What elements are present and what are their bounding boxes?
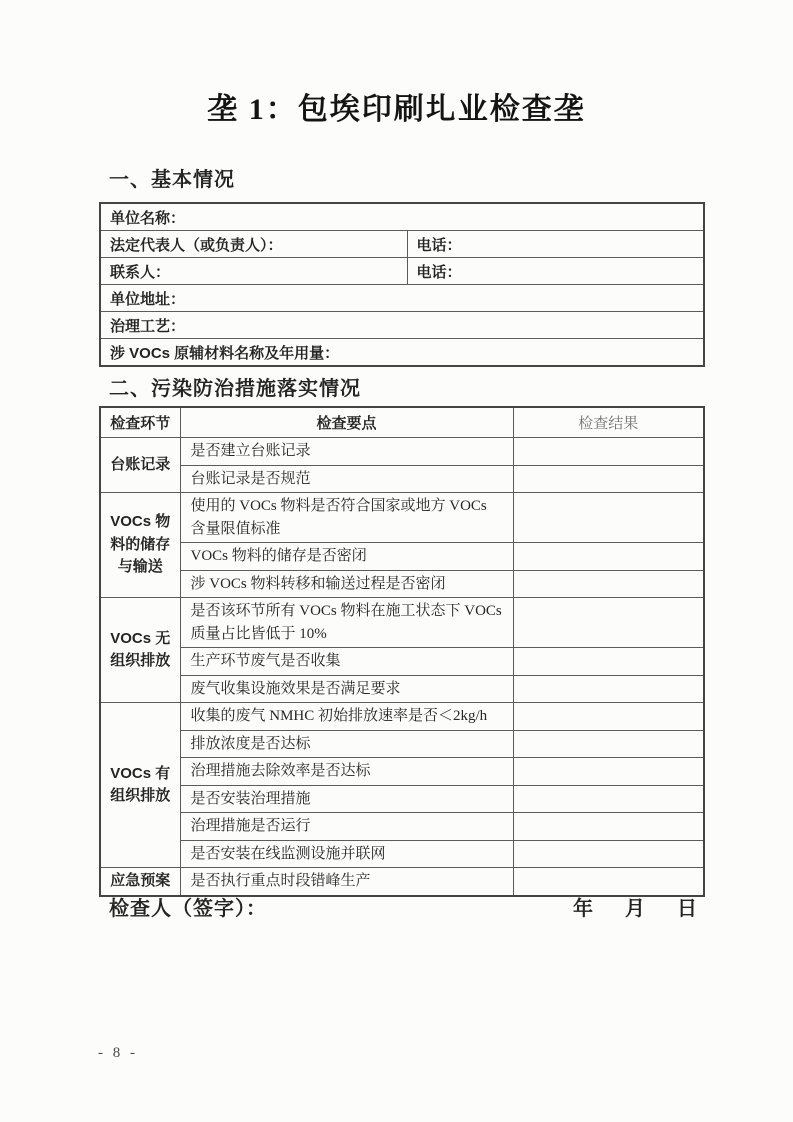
inspection-table: 检查环节 检查要点 检查结果 台账记录 是否建立台账记录 台账记录是否规范 VO… [99,406,705,897]
table-row: 涉 VOCs 原辅材料名称及年用量： [100,339,704,367]
field-label-treatment-process: 治理工艺： [100,312,704,339]
result-cell [513,730,704,758]
category-cell-fugitive-emission: VOCs 无组织排放 [100,598,180,703]
col-header-check-result: 检查结果 [513,407,704,438]
table-row: 台账记录是否规范 [100,465,704,493]
table-row: 排放浓度是否达标 [100,730,704,758]
result-cell [513,675,704,703]
table-row: 是否安装在线监测设施并联网 [100,840,704,868]
item-cell: 是否该环节所有 VOCs 物料在施工状态下 VOCs 质量占比皆低于 10% [180,598,513,648]
item-cell: 治理措施去除效率是否达标 [180,758,513,786]
table-row: VOCs 物料的储存是否密闭 [100,543,704,571]
date-fields: 年 月 日 [573,892,698,921]
section-heading-measures: 二、污染防治措施落实情况 [109,372,361,401]
item-cell: 台账记录是否规范 [180,465,513,493]
result-cell [513,598,704,648]
table-row: 废气收集设施效果是否满足要求 [100,675,704,703]
result-cell [513,758,704,786]
table-row: 治理工艺： [100,312,704,339]
inspector-signature-label: 检查人（签字）： [109,892,267,921]
table-row: 治理措施去除效率是否达标 [100,758,704,786]
table-row: 是否安装治理措施 [100,785,704,813]
table-row: VOCs 无组织排放 是否该环节所有 VOCs 物料在施工状态下 VOCs 质量… [100,598,704,648]
signature-row: 检查人（签字）： 年 月 日 [109,892,702,921]
table-header-row: 检查环节 检查要点 检查结果 [100,407,704,438]
item-cell: 生产环节废气是否收集 [180,648,513,676]
result-cell [513,703,704,731]
table-row: VOCs 有组织排放 收集的废气 NMHC 初始排放速率是否＜2kg/h [100,703,704,731]
field-label-unit-address: 单位地址： [100,285,704,312]
item-cell: VOCs 物料的储存是否密闭 [180,543,513,571]
field-label-phone-1: 电话： [407,231,704,258]
item-cell: 排放浓度是否达标 [180,730,513,758]
table-row: 涉 VOCs 物料转移和输送过程是否密闭 [100,570,704,598]
item-cell: 是否安装治理措施 [180,785,513,813]
result-cell [513,465,704,493]
field-label-phone-2: 电话： [407,258,704,285]
item-cell: 收集的废气 NMHC 初始排放速率是否＜2kg/h [180,703,513,731]
item-cell: 是否建立台账记录 [180,438,513,466]
table-row: 单位地址： [100,285,704,312]
document-title: 垄 1：包埃印刷圠业检查垄 [0,84,793,128]
date-year-label: 年 [573,892,594,921]
scanned-document-page: 垄 1：包埃印刷圠业检查垄 一、基本情况 单位名称： 法定代表人（或负责人）： … [0,0,793,1122]
result-cell [513,438,704,466]
date-month-label: 月 [625,892,646,921]
field-label-legal-representative: 法定代表人（或负责人）： [100,231,407,258]
item-cell: 治理措施是否运行 [180,813,513,841]
result-cell [513,543,704,571]
item-cell: 是否安装在线监测设施并联网 [180,840,513,868]
item-cell: 涉 VOCs 物料转移和输送过程是否密闭 [180,570,513,598]
field-label-contact-person: 联系人： [100,258,407,285]
result-cell [513,570,704,598]
table-row: 治理措施是否运行 [100,813,704,841]
table-row: 联系人： 电话： [100,258,704,285]
result-cell [513,648,704,676]
result-cell [513,493,704,543]
date-day-label: 日 [677,892,698,921]
category-cell-ledger: 台账记录 [100,438,180,493]
category-cell-stack-emission: VOCs 有组织排放 [100,703,180,868]
item-cell: 使用的 VOCs 物料是否符合国家或地方 VOCs 含量限值标准 [180,493,513,543]
basic-info-table: 单位名称： 法定代表人（或负责人）： 电话： 联系人： 电话： 单位地址： 治理… [99,202,705,367]
result-cell [513,785,704,813]
page-number: - 8 - [98,1045,138,1062]
field-label-voc-materials: 涉 VOCs 原辅材料名称及年用量： [100,339,704,367]
table-row: VOCs 物料的储存与输送 使用的 VOCs 物料是否符合国家或地方 VOCs … [100,493,704,543]
category-cell-storage-transport: VOCs 物料的储存与输送 [100,493,180,598]
col-header-check-stage: 检查环节 [100,407,180,438]
col-header-check-points: 检查要点 [180,407,513,438]
table-row: 法定代表人（或负责人）： 电话： [100,231,704,258]
table-row: 单位名称： [100,203,704,231]
result-cell [513,813,704,841]
result-cell [513,840,704,868]
section-heading-basic-info: 一、基本情况 [109,163,235,192]
field-label-unit-name: 单位名称： [100,203,704,231]
table-row: 台账记录 是否建立台账记录 [100,438,704,466]
table-row: 生产环节废气是否收集 [100,648,704,676]
item-cell: 废气收集设施效果是否满足要求 [180,675,513,703]
